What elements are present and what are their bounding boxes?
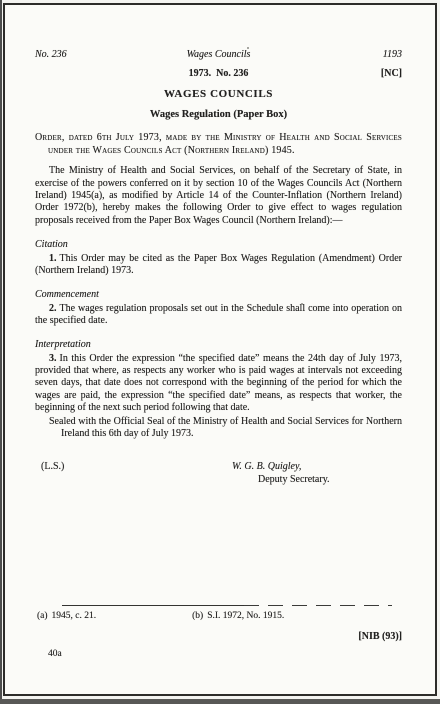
running-head-order-number: No. 236 bbox=[35, 49, 187, 61]
section-interpretation: Interpretation 3.In this Order the expre… bbox=[35, 339, 402, 415]
running-head-title: Wages Councils bbox=[187, 49, 251, 61]
signature-block: W. G. B. Quigley, Deputy Secretary. bbox=[232, 461, 382, 486]
scan-edge-bottom bbox=[0, 699, 440, 704]
page-content: No. 236 Wages Councils 1193 1973. No. 23… bbox=[5, 5, 435, 694]
footnote-label: (b) bbox=[192, 611, 203, 621]
footnote-b: (b)S.I. 1972, No. 1915. bbox=[192, 610, 284, 622]
paragraph-text: In this Order the expression “the specif… bbox=[35, 353, 402, 414]
paragraph-number: 1. bbox=[49, 253, 57, 264]
signatory-title: Deputy Secretary. bbox=[232, 474, 382, 486]
footnote-text: S.I. 1972, No. 1915. bbox=[207, 611, 284, 621]
signature-row: (L.S.) W. G. B. Quigley, Deputy Secretar… bbox=[35, 461, 402, 486]
print-reference-code: [NIB (93)] bbox=[35, 631, 402, 643]
section-heading-commencement: Commencement bbox=[35, 289, 402, 301]
scanned-document-page: { "doc": { "running_head": { "left": "No… bbox=[0, 0, 440, 704]
main-heading: WAGES COUNCILS bbox=[35, 88, 402, 100]
page-border-frame: No. 236 Wages Councils 1193 1973. No. 23… bbox=[3, 3, 437, 696]
running-head: No. 236 Wages Councils 1193 bbox=[35, 49, 402, 61]
scan-edge-left bbox=[0, 0, 2, 704]
section-commencement: Commencement 2.The wages regulation prop… bbox=[35, 289, 402, 328]
section-citation: Citation 1.This Order may be cited as th… bbox=[35, 239, 402, 278]
paragraph-text: This Order may be cited as the Paper Box… bbox=[35, 253, 402, 276]
footnote-rule bbox=[62, 605, 392, 607]
paragraph-text: The wages regulation proposals set out i… bbox=[35, 303, 402, 326]
section-paragraph-2: 2.The wages regulation proposals set out… bbox=[35, 303, 402, 328]
paragraph-number: 2. bbox=[49, 303, 57, 314]
footnote-rule-solid bbox=[62, 605, 244, 607]
blank-space bbox=[35, 486, 402, 605]
scan-speck bbox=[366, 257, 368, 259]
footnote-label: (a) bbox=[37, 611, 48, 621]
scan-speck bbox=[247, 47, 249, 49]
signatory-name: W. G. B. Quigley, bbox=[232, 461, 382, 473]
paragraph-number: 3. bbox=[49, 353, 57, 364]
seal-mark: (L.S.) bbox=[41, 461, 64, 486]
section-paragraph-3: 3.In this Order the expression “the spec… bbox=[35, 353, 402, 415]
section-heading-citation: Citation bbox=[35, 239, 402, 251]
order-recital: Order, dated 6th July 1973, made by the … bbox=[35, 131, 402, 157]
footnote-text: 1945, c. 21. bbox=[52, 611, 97, 621]
footnotes: (a)1945, c. 21. (b)S.I. 1972, No. 1915. bbox=[35, 610, 402, 622]
section-paragraph-1: 1.This Order may be cited as the Paper B… bbox=[35, 253, 402, 278]
section-heading-interpretation: Interpretation bbox=[35, 339, 402, 351]
printer-signature-mark: 40a bbox=[48, 648, 402, 660]
footnote-rule-dashed bbox=[244, 605, 392, 607]
scan-speck bbox=[301, 303, 303, 305]
running-head-page-number: 1193 bbox=[250, 49, 402, 61]
classification-code: [NC] bbox=[248, 68, 402, 80]
sealed-paragraph: Sealed with the Official Seal of the Min… bbox=[35, 416, 402, 441]
sub-heading: Wages Regulation (Paper Box) bbox=[35, 109, 402, 121]
order-number: 1973. No. 236 bbox=[189, 68, 249, 80]
footnote-a: (a)1945, c. 21. bbox=[37, 610, 96, 622]
intro-paragraph: The Ministry of Health and Social Servic… bbox=[35, 165, 402, 227]
order-number-line: 1973. No. 236 [NC] bbox=[35, 68, 402, 80]
